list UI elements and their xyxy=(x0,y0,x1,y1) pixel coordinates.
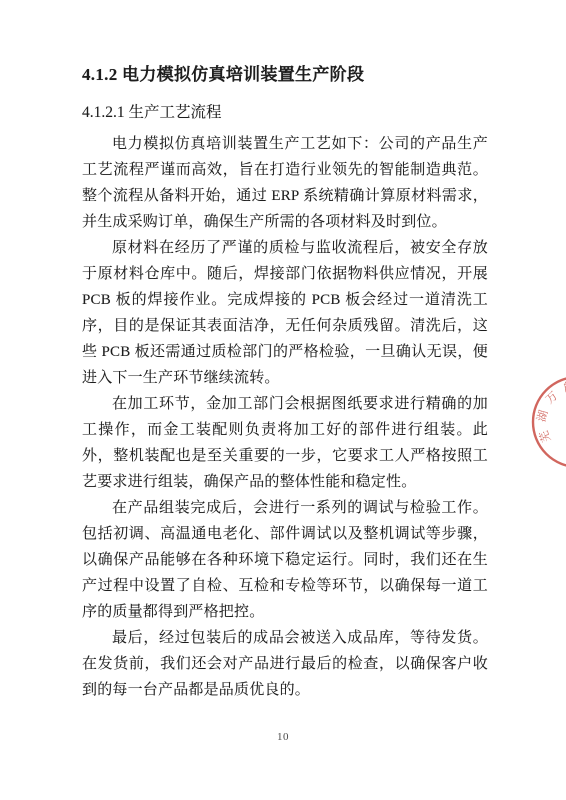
document-page: 4.1.2 电力模拟仿真培训装置生产阶段 4.1.2.1 生产工艺流程 电力模拟… xyxy=(0,0,566,800)
page-content: 4.1.2 电力模拟仿真培训装置生产阶段 4.1.2.1 生产工艺流程 电力模拟… xyxy=(82,0,488,703)
paragraph: 电力模拟仿真培训装置生产工艺如下：公司的产品生产工艺流程严谨而高效，旨在打造行业… xyxy=(82,131,488,235)
subsection-heading: 4.1.2.1 生产工艺流程 xyxy=(82,102,488,123)
company-seal-stamp: 芜湖万能 xyxy=(524,370,566,474)
body-text: 电力模拟仿真培训装置生产工艺如下：公司的产品生产工艺流程严谨而高效，旨在打造行业… xyxy=(82,131,488,703)
seal-arc-icon: 芜湖万能 xyxy=(524,370,566,474)
paragraph: 在产品组装完成后，会进行一系列的调试与检验工作。包括初调、高温通电老化、部件调试… xyxy=(82,495,488,625)
paragraph: 原材料在经历了严谨的质检与监收流程后，被安全存放于原材料仓库中。随后，焊接部门依… xyxy=(82,235,488,391)
section-heading: 4.1.2 电力模拟仿真培训装置生产阶段 xyxy=(82,64,488,86)
paragraph: 在加工环节，金加工部门会根据图纸要求进行精确的加工操作，而金工装配则负责将加工好… xyxy=(82,391,488,495)
paragraph: 最后，经过包装后的成品会被送入成品库，等待发货。在发货前，我们还会对产品进行最后… xyxy=(82,625,488,703)
page-number: 10 xyxy=(0,731,566,743)
